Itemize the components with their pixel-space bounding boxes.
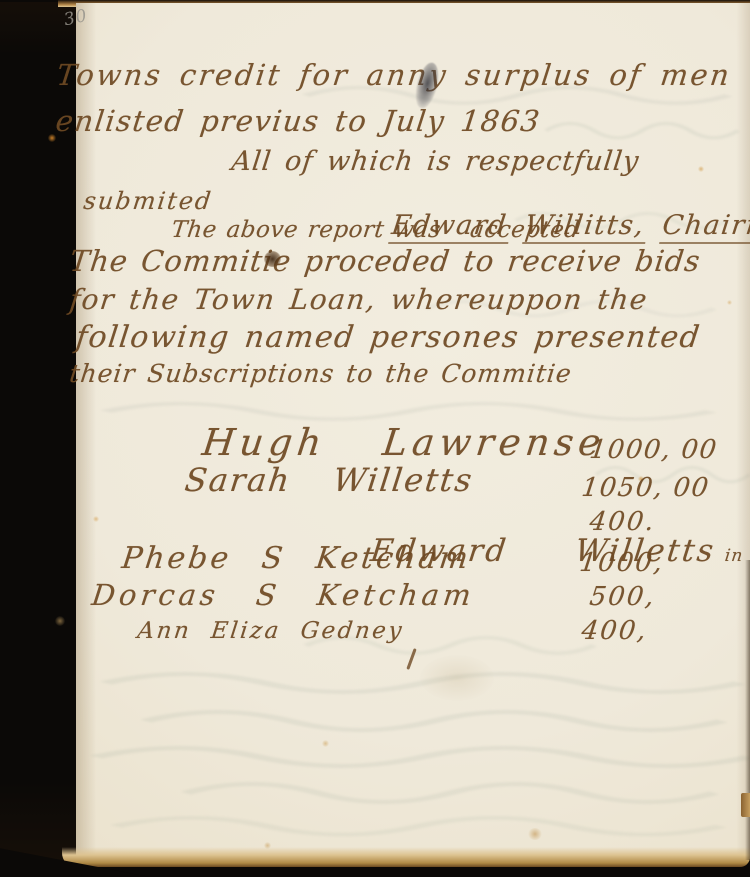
stain-spot xyxy=(322,740,329,747)
manuscript-scan: 30 Towns credit for anny surplus of men … xyxy=(0,0,750,877)
report-line-2: enlisted previus to July 1863 xyxy=(54,106,543,137)
subscriber-name: Dorcas S Ketcham xyxy=(90,580,477,611)
page-edge-tab xyxy=(741,793,750,817)
page-bottom-edge xyxy=(62,847,750,867)
signature-title: Chairman xyxy=(659,210,750,244)
stain-spot xyxy=(528,828,542,840)
subscription-amount: 1050, 00 xyxy=(580,474,711,502)
subscriber-name: Hugh Lawrense xyxy=(200,423,608,463)
subscription-amount: 500, xyxy=(588,583,657,611)
stain-spot xyxy=(727,300,732,305)
subscriber-name: Ann Eliza Gedney xyxy=(136,619,405,644)
minutes-line-5: their Subscriptions to the Commitie xyxy=(68,360,574,387)
subscription-amount: 400, xyxy=(580,617,649,645)
subscription-amount: 400. xyxy=(588,508,657,536)
stain-spot xyxy=(420,655,494,701)
report-line-3: All of which is respectfully xyxy=(230,147,641,176)
subscription-amount: 1000, 00 xyxy=(588,436,719,464)
ink-blot xyxy=(264,251,281,267)
minutes-line-2: The Commitie proceded to receive bids xyxy=(68,246,702,277)
report-line-1: Towns credit for anny surplus of men xyxy=(55,60,733,91)
subscriber-name: Sarah Willetts xyxy=(183,463,476,498)
submitted-word: submited xyxy=(82,189,214,215)
stain-spot xyxy=(55,616,65,626)
subscriber-name: Phebe S Ketcham xyxy=(120,543,473,575)
subscription-amount: 1000, xyxy=(578,549,666,577)
stain-spot xyxy=(698,166,704,172)
stain-spot xyxy=(93,516,99,522)
minutes-line-3: for the Town Loan, whereuppon the xyxy=(68,285,650,315)
minutes-line-1: The above report was accepted xyxy=(170,218,581,243)
minutes-line-4: following named persones presented xyxy=(74,322,702,354)
